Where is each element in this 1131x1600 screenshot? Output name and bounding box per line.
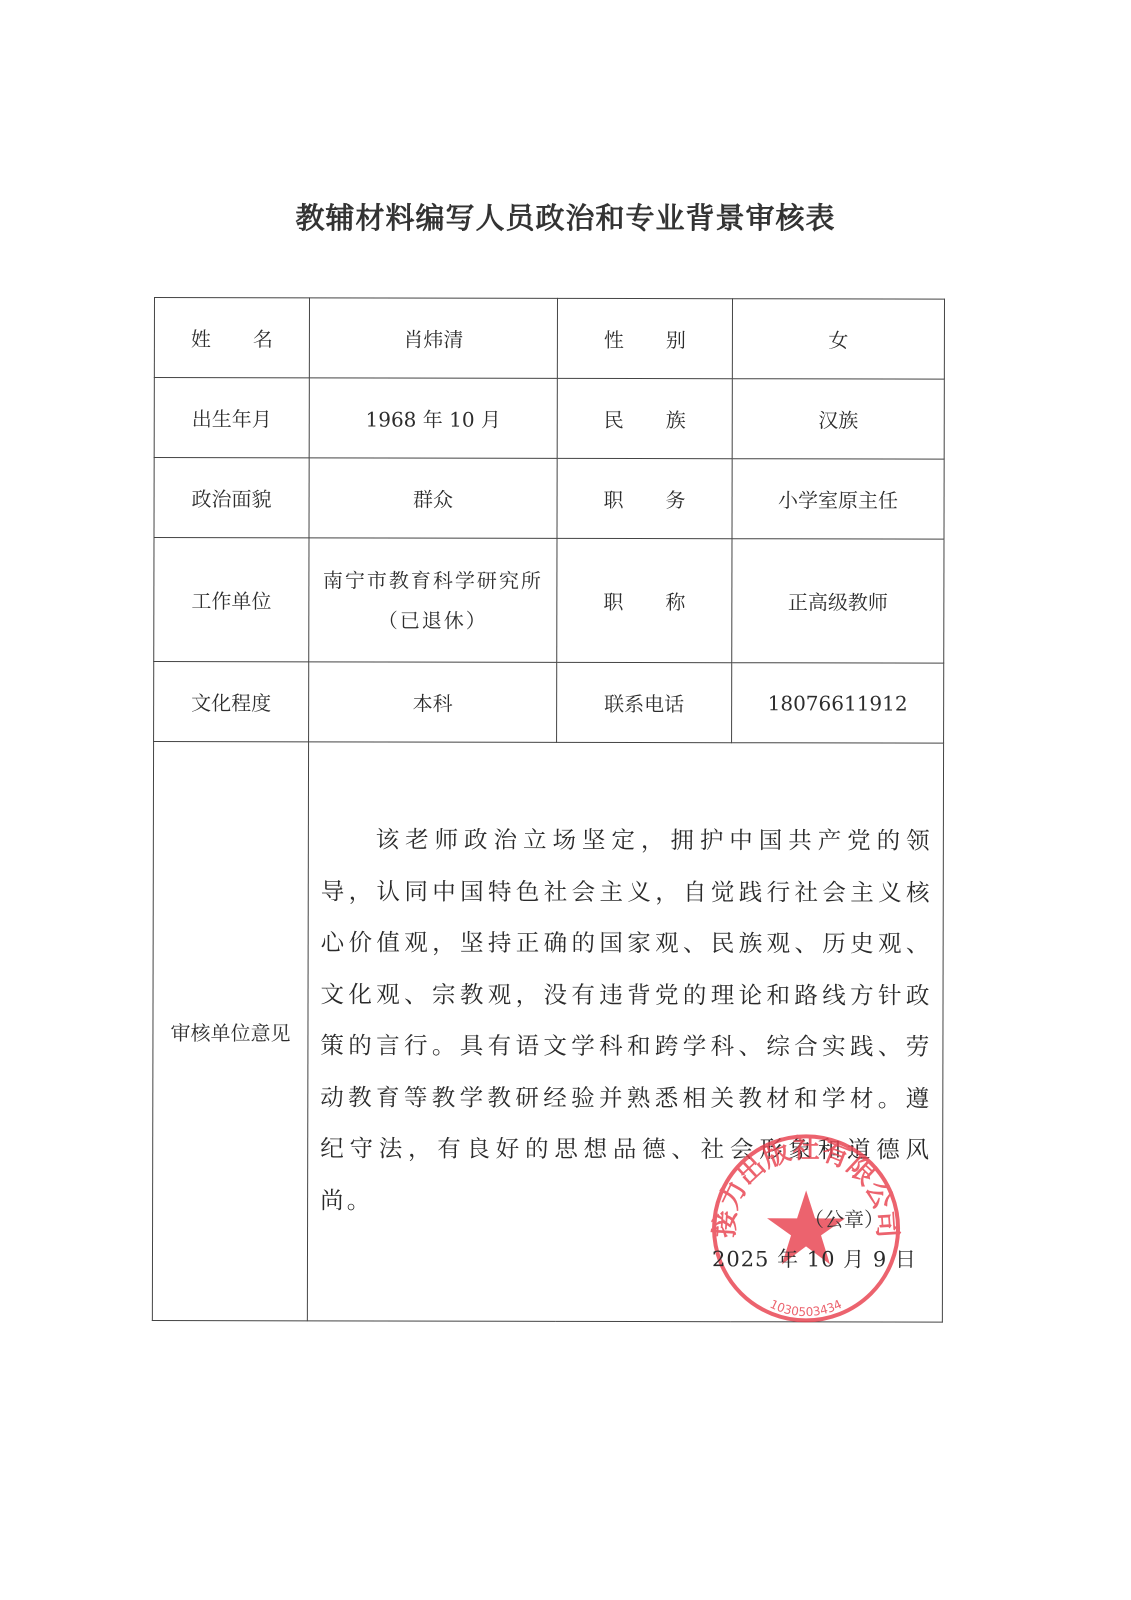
- value-position: 小学室原主任: [732, 459, 944, 539]
- work-unit-note: （已退休）: [309, 600, 556, 641]
- label-work-unit: 工作单位: [154, 538, 309, 662]
- value-name: 肖炜清: [309, 298, 557, 379]
- value-phone: 18076611912: [732, 663, 944, 743]
- value-political-status: 群众: [309, 458, 557, 539]
- label-education: 文化程度: [154, 662, 309, 742]
- value-education: 本科: [309, 662, 557, 743]
- svg-text:1030503434: 1030503434: [768, 1297, 844, 1319]
- label-title: 职称: [557, 538, 732, 662]
- table-row: 出生年月 1968 年 10 月 民族 汉族: [154, 378, 944, 460]
- seal-label: （公章）: [804, 1203, 884, 1232]
- table-row: 审核单位意见 该老师政治立场坚定，拥护中国共产党的领导，认同中国特色社会主义，自…: [152, 742, 943, 1323]
- label-review-opinion: 审核单位意见: [152, 742, 308, 1321]
- review-date: 2025 年 10 月 9 日: [712, 1243, 917, 1273]
- value-ethnicity: 汉族: [732, 379, 944, 459]
- value-work-unit: 南宁市教育科学研究所 （已退休）: [309, 538, 557, 663]
- value-title: 正高级教师: [732, 539, 944, 663]
- table-row: 姓名 肖炜清 性别 女: [154, 298, 944, 380]
- label-phone: 联系电话: [557, 662, 732, 742]
- label-position: 职务: [557, 458, 732, 538]
- label-gender: 性别: [557, 298, 732, 378]
- table-row: 工作单位 南宁市教育科学研究所 （已退休） 职称 正高级教师: [154, 538, 944, 664]
- label-political-status: 政治面貌: [154, 458, 309, 538]
- document-title: 教辅材料编写人员政治和专业背景审核表: [0, 196, 1131, 237]
- review-form-table: 姓名 肖炜清 性别 女 出生年月 1968 年 10 月 民族 汉族 政治面貌 …: [152, 297, 945, 1323]
- label-name: 姓名: [154, 298, 309, 378]
- table-row: 文化程度 本科 联系电话 18076611912: [154, 662, 944, 744]
- work-unit-name: 南宁市教育科学研究所: [309, 560, 556, 601]
- label-birth-date: 出生年月: [154, 378, 309, 458]
- value-birth-date: 1968 年 10 月: [309, 378, 557, 459]
- review-opinion-cell: 该老师政治立场坚定，拥护中国共产党的领导，认同中国特色社会主义，自觉践行社会主义…: [307, 742, 943, 1322]
- label-ethnicity: 民族: [557, 378, 732, 458]
- review-opinion-text: 该老师政治立场坚定，拥护中国共产党的领导，认同中国特色社会主义，自觉践行社会主义…: [320, 814, 933, 1227]
- value-gender: 女: [732, 299, 944, 379]
- table-row: 政治面貌 群众 职务 小学室原主任: [154, 458, 944, 540]
